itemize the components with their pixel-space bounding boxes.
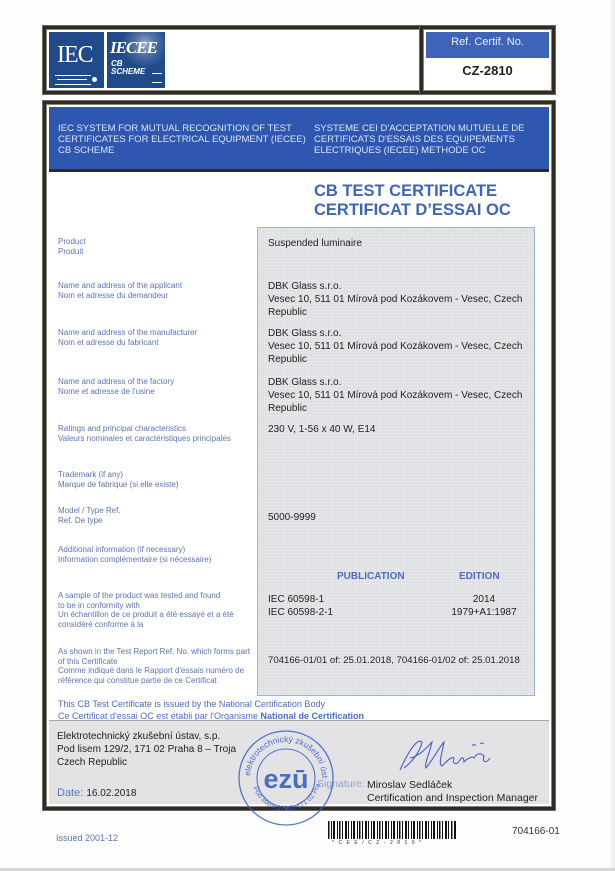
label-fr: Ref. De type	[58, 516, 121, 526]
conformity-label: A sample of the product was tested and f…	[58, 591, 234, 629]
manufacturer-label: Name and address of the manufacturerNom …	[58, 328, 197, 347]
label-fr: Information complémentaire (si nécessair…	[58, 555, 211, 565]
banner-fr-line: CERTIFICATS D'ESSAIS DES EQUIPEMENTS	[314, 134, 554, 145]
banner-en-line: CB SCHEME	[58, 145, 308, 156]
document-number: 704166-01	[512, 826, 560, 837]
product-value: Suspended luminaire	[268, 237, 538, 250]
iecee-cb-scheme-logo: IECEE CBSCHEME	[107, 32, 165, 88]
label-en: Name and address of the factory	[58, 377, 174, 387]
ref-certif-label: Ref. Certif. No.	[426, 32, 549, 58]
additional-info-label: Additional information (if necessary)Inf…	[58, 545, 211, 564]
label-line: Un échantillon de ce produit a été essay…	[58, 610, 234, 620]
banner-english: IEC SYSTEM FOR MUTUAL RECOGNITION OF TES…	[58, 123, 308, 156]
label-en: Product	[58, 237, 86, 247]
scan-edge-shadow	[609, 0, 615, 871]
date-label: Date:	[57, 787, 83, 799]
value-line: 230 V, 1-56 x 40 W, E14	[268, 423, 538, 436]
label-en: Name and address of the applicant	[58, 281, 182, 291]
issuing-statement-en: This CB Test Certificate is issued by th…	[58, 698, 364, 710]
reference-certificate-box: Ref. Certif. No. CZ-2810	[420, 26, 555, 94]
product-label: ProductProduit	[58, 237, 86, 256]
signer-name: Miroslav Sedláček	[367, 779, 538, 792]
iecee-logo-text: IECEE	[110, 38, 157, 58]
barcode-caption: *CEE/CZ-2810*	[332, 840, 456, 846]
manufacturer-value: DBK Glass s.r.o.Vesec 10, 511 01 Mírová …	[268, 327, 538, 366]
ezu-stamp-icon: elektrotechnický zkušební ústav Pod lise…	[236, 728, 336, 828]
edition-cell: 1979+A1:1987	[439, 606, 529, 619]
publication-cell: IEC 60598-2-1	[268, 606, 368, 619]
label-en: Additional information (if necessary)	[58, 545, 211, 555]
label-line: As shown in the Test Report Ref. No. whi…	[58, 647, 250, 657]
value-line: 5000-9999	[268, 511, 538, 524]
label-fr: Nom et adresse du demandeur	[58, 291, 182, 301]
date-value: 16.02.2018	[86, 788, 136, 799]
label-en: Ratings and principal characteristics	[58, 424, 231, 434]
label-line: A sample of the product was tested and f…	[58, 591, 234, 601]
banner-en-line: IEC SYSTEM FOR MUTUAL RECOGNITION OF TES…	[58, 123, 308, 134]
iec-logo: IEC	[49, 32, 104, 88]
value-line: DBK Glass s.r.o.	[268, 280, 538, 293]
ratings-value: 230 V, 1-56 x 40 W, E14	[268, 423, 538, 436]
iec-logo-text: IEC	[57, 42, 93, 69]
label-line: to be in conformity with	[58, 601, 234, 611]
signer-block: Miroslav Sedláček Certification and Insp…	[367, 779, 538, 805]
iecee-system-banner: IEC SYSTEM FOR MUTUAL RECOGNITION OF TES…	[49, 107, 549, 172]
value-line: Vesec 10, 511 01 Mírová pod Kozákovem - …	[268, 389, 538, 402]
factory-label: Name and address of the factoryNome et a…	[58, 377, 174, 396]
ref-certif-number: CZ-2810	[426, 61, 549, 81]
iec-logo-dot-icon	[92, 77, 97, 82]
value-line: Republic	[268, 402, 538, 415]
title-french: CERTIFICAT D’ESSAI OC	[314, 201, 511, 220]
label-line: Comme indiqué dans le Rapport d'essais n…	[58, 666, 250, 676]
publication-list: IEC 60598-1 IEC 60598-2-1	[268, 593, 368, 619]
stamp-logo: ezū	[263, 764, 308, 794]
model-label: Model / Type Ref.Ref. De type	[58, 506, 121, 525]
label-fr: Nom et adresse du fabricant	[58, 338, 197, 348]
issuing-body-statement: This CB Test Certificate is issued by th…	[58, 698, 364, 722]
model-value: 5000-9999	[268, 511, 538, 524]
value-line: DBK Glass s.r.o.	[268, 376, 538, 389]
label-fr: Marque de fabrique (si elle existe)	[58, 480, 179, 490]
banner-en-line: CERTIFICATES FOR ELECTRICAL EQUIPMENT (I…	[58, 134, 308, 145]
form-issue-date: Issued 2001-12	[56, 833, 118, 843]
factory-value: DBK Glass s.r.o.Vesec 10, 511 01 Mírová …	[268, 376, 538, 415]
label-line: référence qui constitue partie de ce Cer…	[58, 676, 250, 686]
value-line: Vesec 10, 511 01 Mírová pod Kozákovem - …	[268, 293, 538, 306]
handwritten-signature-icon	[390, 728, 510, 778]
banner-french: SYSTEME CEI D'ACCEPTATION MUTUELLE DE CE…	[314, 123, 554, 156]
value-line: Republic	[268, 353, 538, 366]
label-fr: Valeurs nominales et caractéristiques pr…	[58, 434, 231, 444]
publication-column-header: PUBLICATION	[337, 571, 405, 582]
banner-fr-line: ELECTRIQUES (IECEE) METHODE OC	[314, 145, 554, 156]
trademark-label: Trademark (if any)Marque de fabrique (si…	[58, 470, 179, 489]
signer-title: Certification and Inspection Manager	[367, 792, 538, 805]
logo-header-frame: IEC IECEE CBSCHEME	[43, 26, 479, 94]
label-line: of this Certificate	[58, 657, 250, 667]
label-line: considéré conforme à la	[58, 620, 234, 630]
applicant-value: DBK Glass s.r.o.Vesec 10, 511 01 Mírová …	[268, 280, 538, 319]
label-en: Model / Type Ref.	[58, 506, 121, 516]
label-fr: Produit	[58, 247, 86, 257]
banner-fr-line: SYSTEME CEI D'ACCEPTATION MUTUELLE DE	[314, 123, 554, 134]
edition-cell: 2014	[439, 593, 529, 606]
certificate-body-frame: IEC SYSTEM FOR MUTUAL RECOGNITION OF TES…	[43, 101, 555, 810]
address-line: Elektrotechnický zkušební ústav, s.p.	[57, 730, 236, 743]
label-fr: Nome et adresse de l'usine	[58, 387, 174, 397]
value-line: Vesec 10, 511 01 Mírová pod Kozákovem - …	[268, 340, 538, 353]
publication-cell: IEC 60598-1	[268, 593, 368, 606]
title-english: CB TEST CERTIFICATE	[314, 182, 511, 201]
cb-scheme-logo-text: CBSCHEME	[111, 60, 145, 76]
iec-logo-lines-icon	[55, 75, 91, 85]
certificate-title: CB TEST CERTIFICATE CERTIFICAT D’ESSAI O…	[314, 182, 511, 220]
issue-date: Date: 16.02.2018	[57, 787, 136, 799]
certification-body-address: Elektrotechnický zkušební ústav, s.p. Po…	[57, 730, 236, 769]
iecee-logo-lines-icon	[152, 73, 162, 83]
test-report-value: 704166-01/01 of: 25.01.2018, 704166-01/0…	[268, 654, 568, 667]
edition-column-header: EDITION	[459, 571, 500, 582]
barcode-icon	[328, 821, 456, 839]
address-line: Czech Republic	[57, 756, 236, 769]
label-en: Name and address of the manufacturer	[58, 328, 197, 338]
value-line: DBK Glass s.r.o.	[268, 327, 538, 340]
test-report-label: As shown in the Test Report Ref. No. whi…	[58, 647, 250, 685]
scheme-text: SCHEME	[111, 67, 145, 76]
label-en: Trademark (if any)	[58, 470, 179, 480]
ratings-label: Ratings and principal characteristicsVal…	[58, 424, 231, 443]
applicant-label: Name and address of the applicantNom et …	[58, 281, 182, 300]
address-line: Pod lisem 129/2, 171 02 Praha 8 – Troja	[57, 743, 236, 756]
value-line: Republic	[268, 306, 538, 319]
edition-list: 2014 1979+A1:1987	[439, 593, 529, 619]
value-line: Suspended luminaire	[268, 237, 538, 250]
